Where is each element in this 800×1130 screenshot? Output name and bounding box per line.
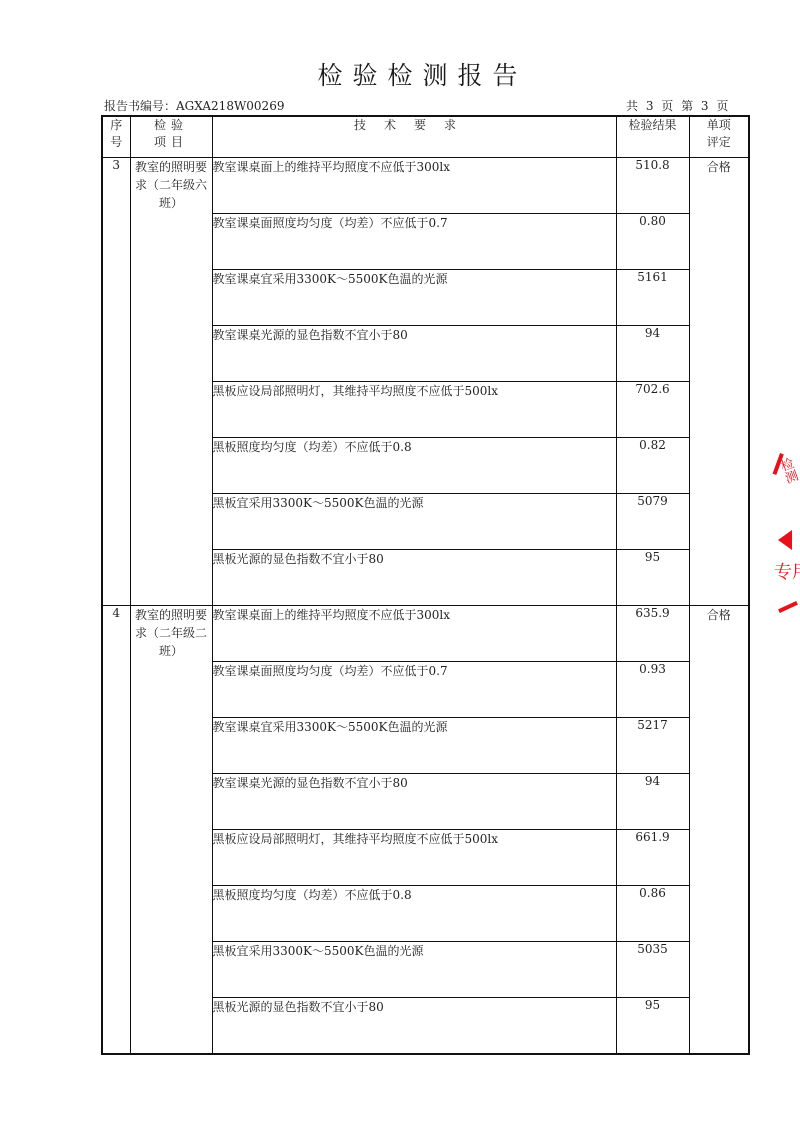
- item-number: 4: [102, 606, 130, 1054]
- inspection-result: 702.6: [616, 382, 689, 438]
- inspection-result: 95: [616, 998, 689, 1054]
- technical-requirement: 教室课桌光源的显色指数不宜小于80: [212, 326, 616, 382]
- report-number: 报告书编号：AGXA218W00269: [104, 97, 284, 114]
- evaluation: 合格: [689, 158, 749, 606]
- official-seal: 检测 专用: [770, 440, 800, 620]
- technical-requirement: 黑板照度均匀度（均差）不应低于0.8: [212, 438, 616, 494]
- technical-requirement: 教室课桌面上的维持平均照度不应低于300lx: [212, 606, 616, 662]
- seal-text-bottom: 专用: [774, 558, 800, 584]
- seal-text-top: 检测: [774, 456, 800, 487]
- inspection-result: 94: [616, 326, 689, 382]
- header-no: 序号: [102, 116, 130, 158]
- header-item: 检验项目: [130, 116, 212, 158]
- technical-requirement: 教室课桌面照度均匀度（均差）不应低于0.7: [212, 214, 616, 270]
- inspection-result: 95: [616, 550, 689, 606]
- table-row: 3教室的照明要求（二年级六班）教室课桌面上的维持平均照度不应低于300lx510…: [102, 158, 749, 214]
- technical-requirement: 黑板应设局部照明灯，其维持平均照度不应低于500lx: [212, 830, 616, 886]
- technical-requirement: 教室课桌宜采用3300K～5500K色温的光源: [212, 270, 616, 326]
- inspection-result: 510.8: [616, 158, 689, 214]
- inspection-result: 5161: [616, 270, 689, 326]
- technical-requirement: 黑板宜采用3300K～5500K色温的光源: [212, 942, 616, 998]
- technical-requirement: 教室课桌光源的显色指数不宜小于80: [212, 774, 616, 830]
- inspection-result: 0.80: [616, 214, 689, 270]
- inspection-item: 教室的照明要求（二年级二班）: [130, 606, 212, 1054]
- technical-requirement: 黑板应设局部照明灯，其维持平均照度不应低于500lx: [212, 382, 616, 438]
- inspection-result: 5217: [616, 718, 689, 774]
- evaluation: 合格: [689, 606, 749, 1054]
- header-evaluation: 单项评定: [689, 116, 749, 158]
- header-result: 检验结果: [616, 116, 689, 158]
- inspection-result: 0.93: [616, 662, 689, 718]
- header-requirement: 技术要求: [212, 116, 616, 158]
- inspection-result: 0.82: [616, 438, 689, 494]
- report-title: 检验检测报告: [0, 56, 800, 92]
- inspection-result: 5079: [616, 494, 689, 550]
- inspection-result: 635.9: [616, 606, 689, 662]
- inspection-table: 序号 检验项目 技术要求 检验结果 单项评定 3教室的照明要求（二年级六班）教室…: [101, 115, 750, 1055]
- report-number-value: AGXA218W00269: [176, 99, 284, 113]
- seal-star-fragment: [778, 530, 792, 550]
- inspection-result: 5035: [616, 942, 689, 998]
- inspection-result: 94: [616, 774, 689, 830]
- inspection-result: 661.9: [616, 830, 689, 886]
- technical-requirement: 黑板宜采用3300K～5500K色温的光源: [212, 494, 616, 550]
- technical-requirement: 教室课桌宜采用3300K～5500K色温的光源: [212, 718, 616, 774]
- item-number: 3: [102, 158, 130, 606]
- technical-requirement: 黑板照度均匀度（均差）不应低于0.8: [212, 886, 616, 942]
- page-info: 共 3 页 第 3 页: [626, 97, 730, 114]
- report-number-label: 报告书编号：: [104, 99, 176, 113]
- seal-arc: [778, 601, 798, 613]
- inspection-result: 0.86: [616, 886, 689, 942]
- technical-requirement: 黑板光源的显色指数不宜小于80: [212, 998, 616, 1054]
- inspection-item: 教室的照明要求（二年级六班）: [130, 158, 212, 606]
- technical-requirement: 黑板光源的显色指数不宜小于80: [212, 550, 616, 606]
- technical-requirement: 教室课桌面上的维持平均照度不应低于300lx: [212, 158, 616, 214]
- technical-requirement: 教室课桌面照度均匀度（均差）不应低于0.7: [212, 662, 616, 718]
- table-row: 4教室的照明要求（二年级二班）教室课桌面上的维持平均照度不应低于300lx635…: [102, 606, 749, 662]
